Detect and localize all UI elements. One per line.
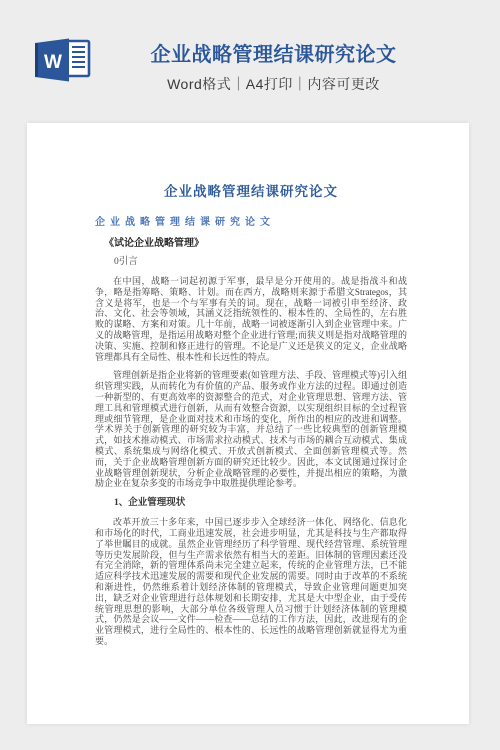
header-subtitle: Word格式｜A4打印｜内容可更改: [46, 74, 500, 94]
header: W 企业战略管理结课研究论文 Word格式｜A4打印｜内容可更改: [0, 0, 500, 123]
intro-heading: 0引言: [95, 256, 407, 268]
document-preview-page: 企业战略管理结课研究论文 企业战略管理结课研究论文 《试论企业战略管理》 0引言…: [27, 123, 469, 724]
paragraph-1: 在中国，战略一词起初源于军事，最早是分开使用的。战是指战斗和战争，略是指筹略、策…: [95, 276, 407, 362]
document-subtitle-link: 企业战略管理结课研究论文: [95, 215, 407, 230]
section-1-heading: 1、企业管理现状: [95, 497, 407, 509]
paragraph-2: 管理创新是指企业将新的管理要素(如管理方法、手段、管理模式等)引入组织管理实践，…: [95, 370, 407, 489]
header-title: 企业战略管理结课研究论文: [46, 42, 500, 68]
document-book-title: 《试论企业战略管理》: [95, 237, 407, 250]
header-text-block: 企业战略管理结课研究论文 Word格式｜A4打印｜内容可更改: [46, 42, 500, 94]
paragraph-3: 改革开放三十多年来，中国已逐步步入全球经济一体化、网络化、信息化和市场化的时代，…: [95, 517, 407, 647]
document-title: 企业战略管理结课研究论文: [95, 183, 407, 201]
